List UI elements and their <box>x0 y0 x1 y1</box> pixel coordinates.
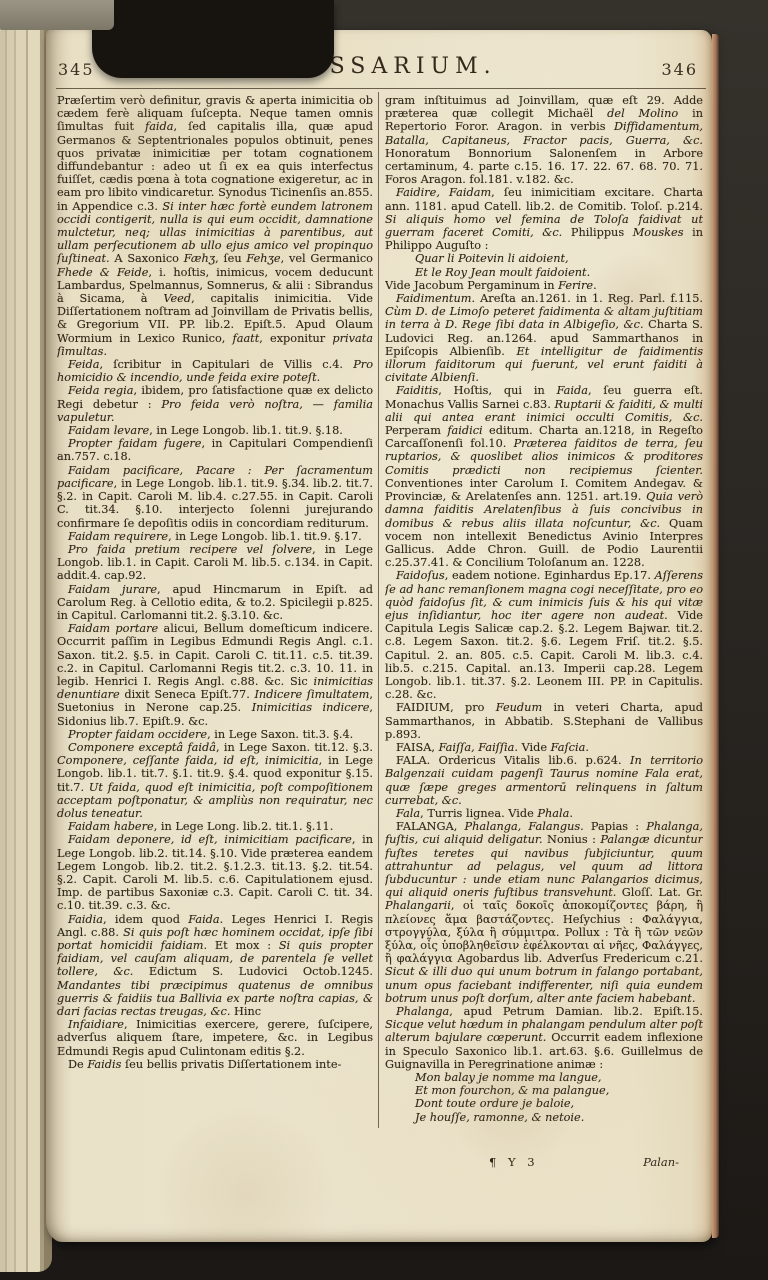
catchword: Palan- <box>643 1155 679 1169</box>
paragraph: FAISA, Faiſſa, Faiſſia. Vide Faſcia. <box>385 741 703 754</box>
stacked-page-edges <box>0 0 52 1272</box>
paragraph: Propter faidam fugere, in Capitulari Com… <box>57 437 373 463</box>
paragraph: Infaidiare, Inimicitias exercere, gerere… <box>57 1018 373 1058</box>
column-divider <box>378 92 379 1128</box>
text-column-left: Præſertim verò definitur, gravis & apert… <box>57 94 373 1150</box>
verse-line: Quar li Poitevin li aidoient, <box>385 252 703 265</box>
text-column-right: gram inſtituimus ad Joinvillam, quæ eſt … <box>385 94 703 1150</box>
printed-area: 345 GLOSSARIUM. 346 Præſertim verò defin… <box>46 30 712 1242</box>
paragraph: Faidam deponere, id eſt, inimicitiam pac… <box>57 833 373 912</box>
paragraph: Faidam portare alicui, Bellum domeſticum… <box>57 622 373 728</box>
paragraph: Pro faida pretium recipere vel ſolvere, … <box>57 543 373 583</box>
binding-tape <box>0 0 114 30</box>
verse-line: Et le Roy Jean moult faidoient. <box>385 266 703 279</box>
page-scan: 345 GLOSSARIUM. 346 Præſertim verò defin… <box>46 30 712 1242</box>
paragraph: FAIDIUM, pro Feudum in veteri Charta, ap… <box>385 701 703 741</box>
paragraph: Faidia, idem quod Faida. Leges Henrici I… <box>57 913 373 1019</box>
paragraph: Feida regia, ibidem, pro ſatisfactione q… <box>57 384 373 424</box>
paragraph: Faidoſus, eadem notione. Eginhardus Ep.1… <box>385 569 703 701</box>
paragraph: Phalanga, apud Petrum Damian. lib.2. Epi… <box>385 1005 703 1071</box>
verse-line: Je houſſe, ramonne, & netoie. <box>385 1111 703 1124</box>
scanner-clamp-shadow <box>92 0 334 78</box>
paragraph: FALANGA, Phalanga, Falangus. Papias : Ph… <box>385 820 703 1005</box>
paragraph: Componere exceptâ faidâ, in Lege Saxon. … <box>57 741 373 820</box>
paragraph: Faidam jurare, apud Hincmarum in Epiſt. … <box>57 583 373 623</box>
paragraph: De Faidis ſeu bellis privatis Diſſertati… <box>57 1058 373 1071</box>
paragraph: Præſertim verò definitur, gravis & apert… <box>57 94 373 358</box>
paragraph: FALA. Ordericus Vitalis lib.6. p.624. In… <box>385 754 703 807</box>
header-rule <box>56 88 706 89</box>
paragraph: Fala, Turris lignea. Vide Phala. <box>385 807 703 820</box>
paragraph: Faidam levare, in Lege Longob. lib.1. ti… <box>57 424 373 437</box>
paragraph: Faidimentum. Areſta an.1261. in 1. Reg. … <box>385 292 703 384</box>
verse-line: Dont toute ordure je baloie, <box>385 1097 703 1110</box>
page-fore-edge <box>712 34 719 1238</box>
paragraph: Propter faidam occidere, in Lege Saxon. … <box>57 728 373 741</box>
book-scan-scene: 345 GLOSSARIUM. 346 Præſertim verò defin… <box>0 0 768 1280</box>
page-number-right: 346 <box>661 60 698 79</box>
verse-line: Et mon fourchon, & ma palangue, <box>385 1084 703 1097</box>
paragraph: gram inſtituimus ad Joinvillam, quæ eſt … <box>385 94 703 186</box>
paragraph: Faidam requirere, in Lege Longob. lib.1.… <box>57 530 373 543</box>
paragraph: Faiditis, Hoſtis, qui in Faida, ſeu guer… <box>385 384 703 569</box>
paragraph: Vide Jacobum Pergaminum in Ferire. <box>385 279 703 292</box>
verse-line: Mon balay je nomme ma langue, <box>385 1071 703 1084</box>
signature-mark: ¶ Y 3 <box>489 1155 539 1169</box>
paragraph: Faidire, Faidam, ſeu inimicitiam excitar… <box>385 186 703 252</box>
paragraph: Feida, ſcribitur in Capitulari de Villis… <box>57 358 373 384</box>
paragraph: Faidam pacificare, Pacare : Per ſacramen… <box>57 464 373 530</box>
signature-row: ¶ Y 3 Palan- <box>385 1154 703 1170</box>
paragraph: Faidam habere, in Lege Long. lib.2. tit.… <box>57 820 373 833</box>
